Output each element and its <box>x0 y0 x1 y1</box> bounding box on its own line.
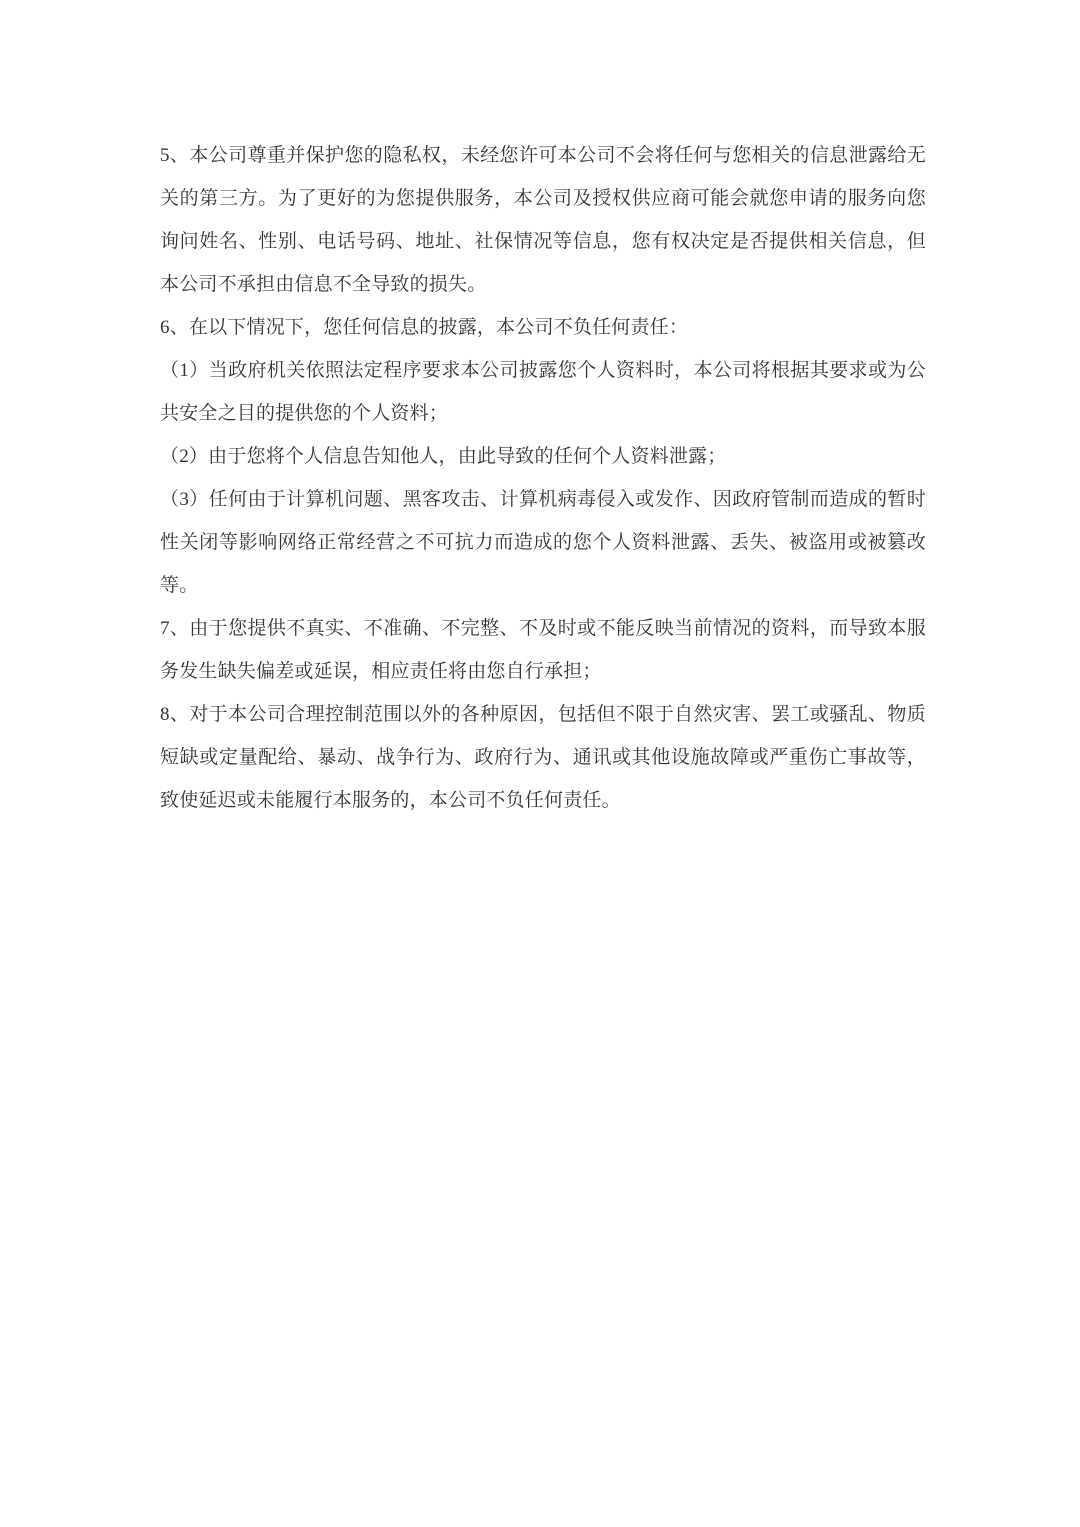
document-page: 5、本公司尊重并保护您的隐私权，未经您许可本公司不会将任何与您相关的信息泄露给无… <box>0 0 1080 1527</box>
document-body: 5、本公司尊重并保护您的隐私权，未经您许可本公司不会将任何与您相关的信息泄露给无… <box>160 134 926 822</box>
clause-5: 5、本公司尊重并保护您的隐私权，未经您许可本公司不会将任何与您相关的信息泄露给无… <box>160 134 926 306</box>
clause-6-item-2: （2）由于您将个人信息告知他人，由此导致的任何个人资料泄露； <box>160 435 926 478</box>
clause-6: 6、在以下情况下，您任何信息的披露，本公司不负任何责任： <box>160 306 926 349</box>
clause-8: 8、对于本公司合理控制范围以外的各种原因，包括但不限于自然灾害、罢工或骚乱、物质… <box>160 693 926 822</box>
clause-7: 7、由于您提供不真实、不准确、不完整、不及时或不能反映当前情况的资料，而导致本服… <box>160 607 926 693</box>
clause-6-item-3: （3）任何由于计算机问题、黑客攻击、计算机病毒侵入或发作、因政府管制而造成的暂时… <box>160 478 926 607</box>
clause-6-item-1: （1）当政府机关依照法定程序要求本公司披露您个人资料时，本公司将根据其要求或为公… <box>160 349 926 435</box>
